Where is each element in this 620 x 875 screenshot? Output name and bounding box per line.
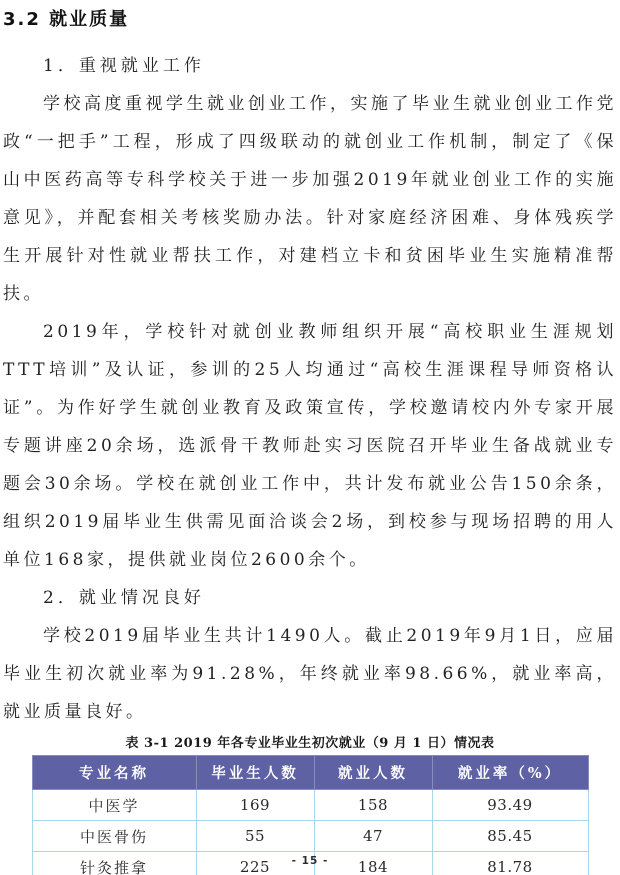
cell-graduate-count: 169: [196, 790, 314, 821]
cell-major-name: 中医学: [32, 790, 196, 821]
header-employed-count: 就业人数: [314, 756, 432, 790]
header-graduate-count: 毕业生人数: [196, 756, 314, 790]
section-1-paragraph-1: 学校高度重视学生就业创业工作，实施了毕业生就业创业工作党政“一把手”工程，形成了…: [3, 85, 617, 313]
cell-employment-rate: 93.49: [432, 790, 588, 821]
section-1-paragraph-2: 2019年，学校针对就创业教师组织开展“高校职业生涯规划TTT培训”及认证，参训…: [3, 313, 617, 579]
table-row: 中医学 169 158 93.49: [32, 790, 588, 821]
page-title: 3.2 就业质量: [3, 8, 617, 32]
cell-employed-count: 47: [314, 821, 432, 852]
cell-graduate-count: 55: [196, 821, 314, 852]
section-1-heading: 1．重视就业工作: [3, 47, 617, 85]
page-number: - 15 -: [0, 855, 620, 867]
cell-major-name: 中医骨伤: [32, 821, 196, 852]
header-major-name: 专业名称: [32, 756, 196, 790]
table-row: 中医骨伤 55 47 85.45: [32, 821, 588, 852]
cell-employment-rate: 85.45: [432, 821, 588, 852]
cell-employed-count: 158: [314, 790, 432, 821]
section-2-heading: 2．就业情况良好: [3, 579, 617, 617]
document-page: 3.2 就业质量 1．重视就业工作 学校高度重视学生就业创业工作，实施了毕业生就…: [0, 0, 620, 875]
table-caption: 表 3-1 2019 年各专业毕业生初次就业（9 月 1 日）情况表: [3, 735, 617, 752]
table-header-row: 专业名称 毕业生人数 就业人数 就业率（%）: [32, 756, 588, 790]
header-employment-rate: 就业率（%）: [432, 756, 588, 790]
section-2-paragraph-1: 学校2019届毕业生共计1490人。截止2019年9月1日，应届毕业生初次就业率…: [3, 617, 617, 731]
